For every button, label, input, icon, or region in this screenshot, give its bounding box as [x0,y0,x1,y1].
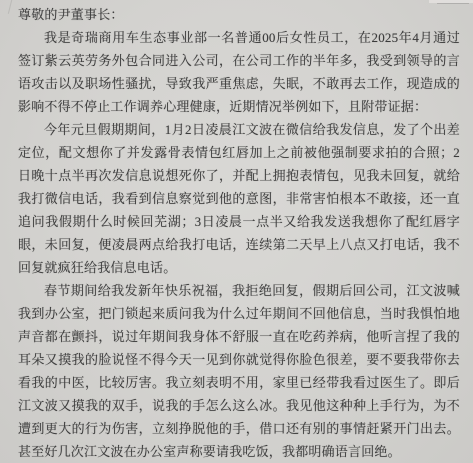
letter-photo: { "letter": { "salutation": "尊敬的尹董事长：", … [0,0,473,463]
letter-salutation: 尊敬的尹董事长： [18,3,460,26]
letter-paragraph-new-year-incident: 今年元旦假期期间，1月2日凌晨江文波在微信给我发信息，发了个出差定位，配文想你了… [18,118,460,279]
letter-paragraph-spring-festival-incident: 春节期间给我发新年快乐祝福，我拒绝回复，假期后回公司，江文波喊我到办公室，把门锁… [18,279,460,463]
letter-paragraph-intro: 我是奇瑞商用车生态事业部一名普通00后女性员工，在2025年4月通过签订紫云英劳… [18,26,460,118]
letter-document: 尊敬的尹董事长： 我是奇瑞商用车生态事业部一名普通00后女性员工，在2025年4… [0,0,473,463]
